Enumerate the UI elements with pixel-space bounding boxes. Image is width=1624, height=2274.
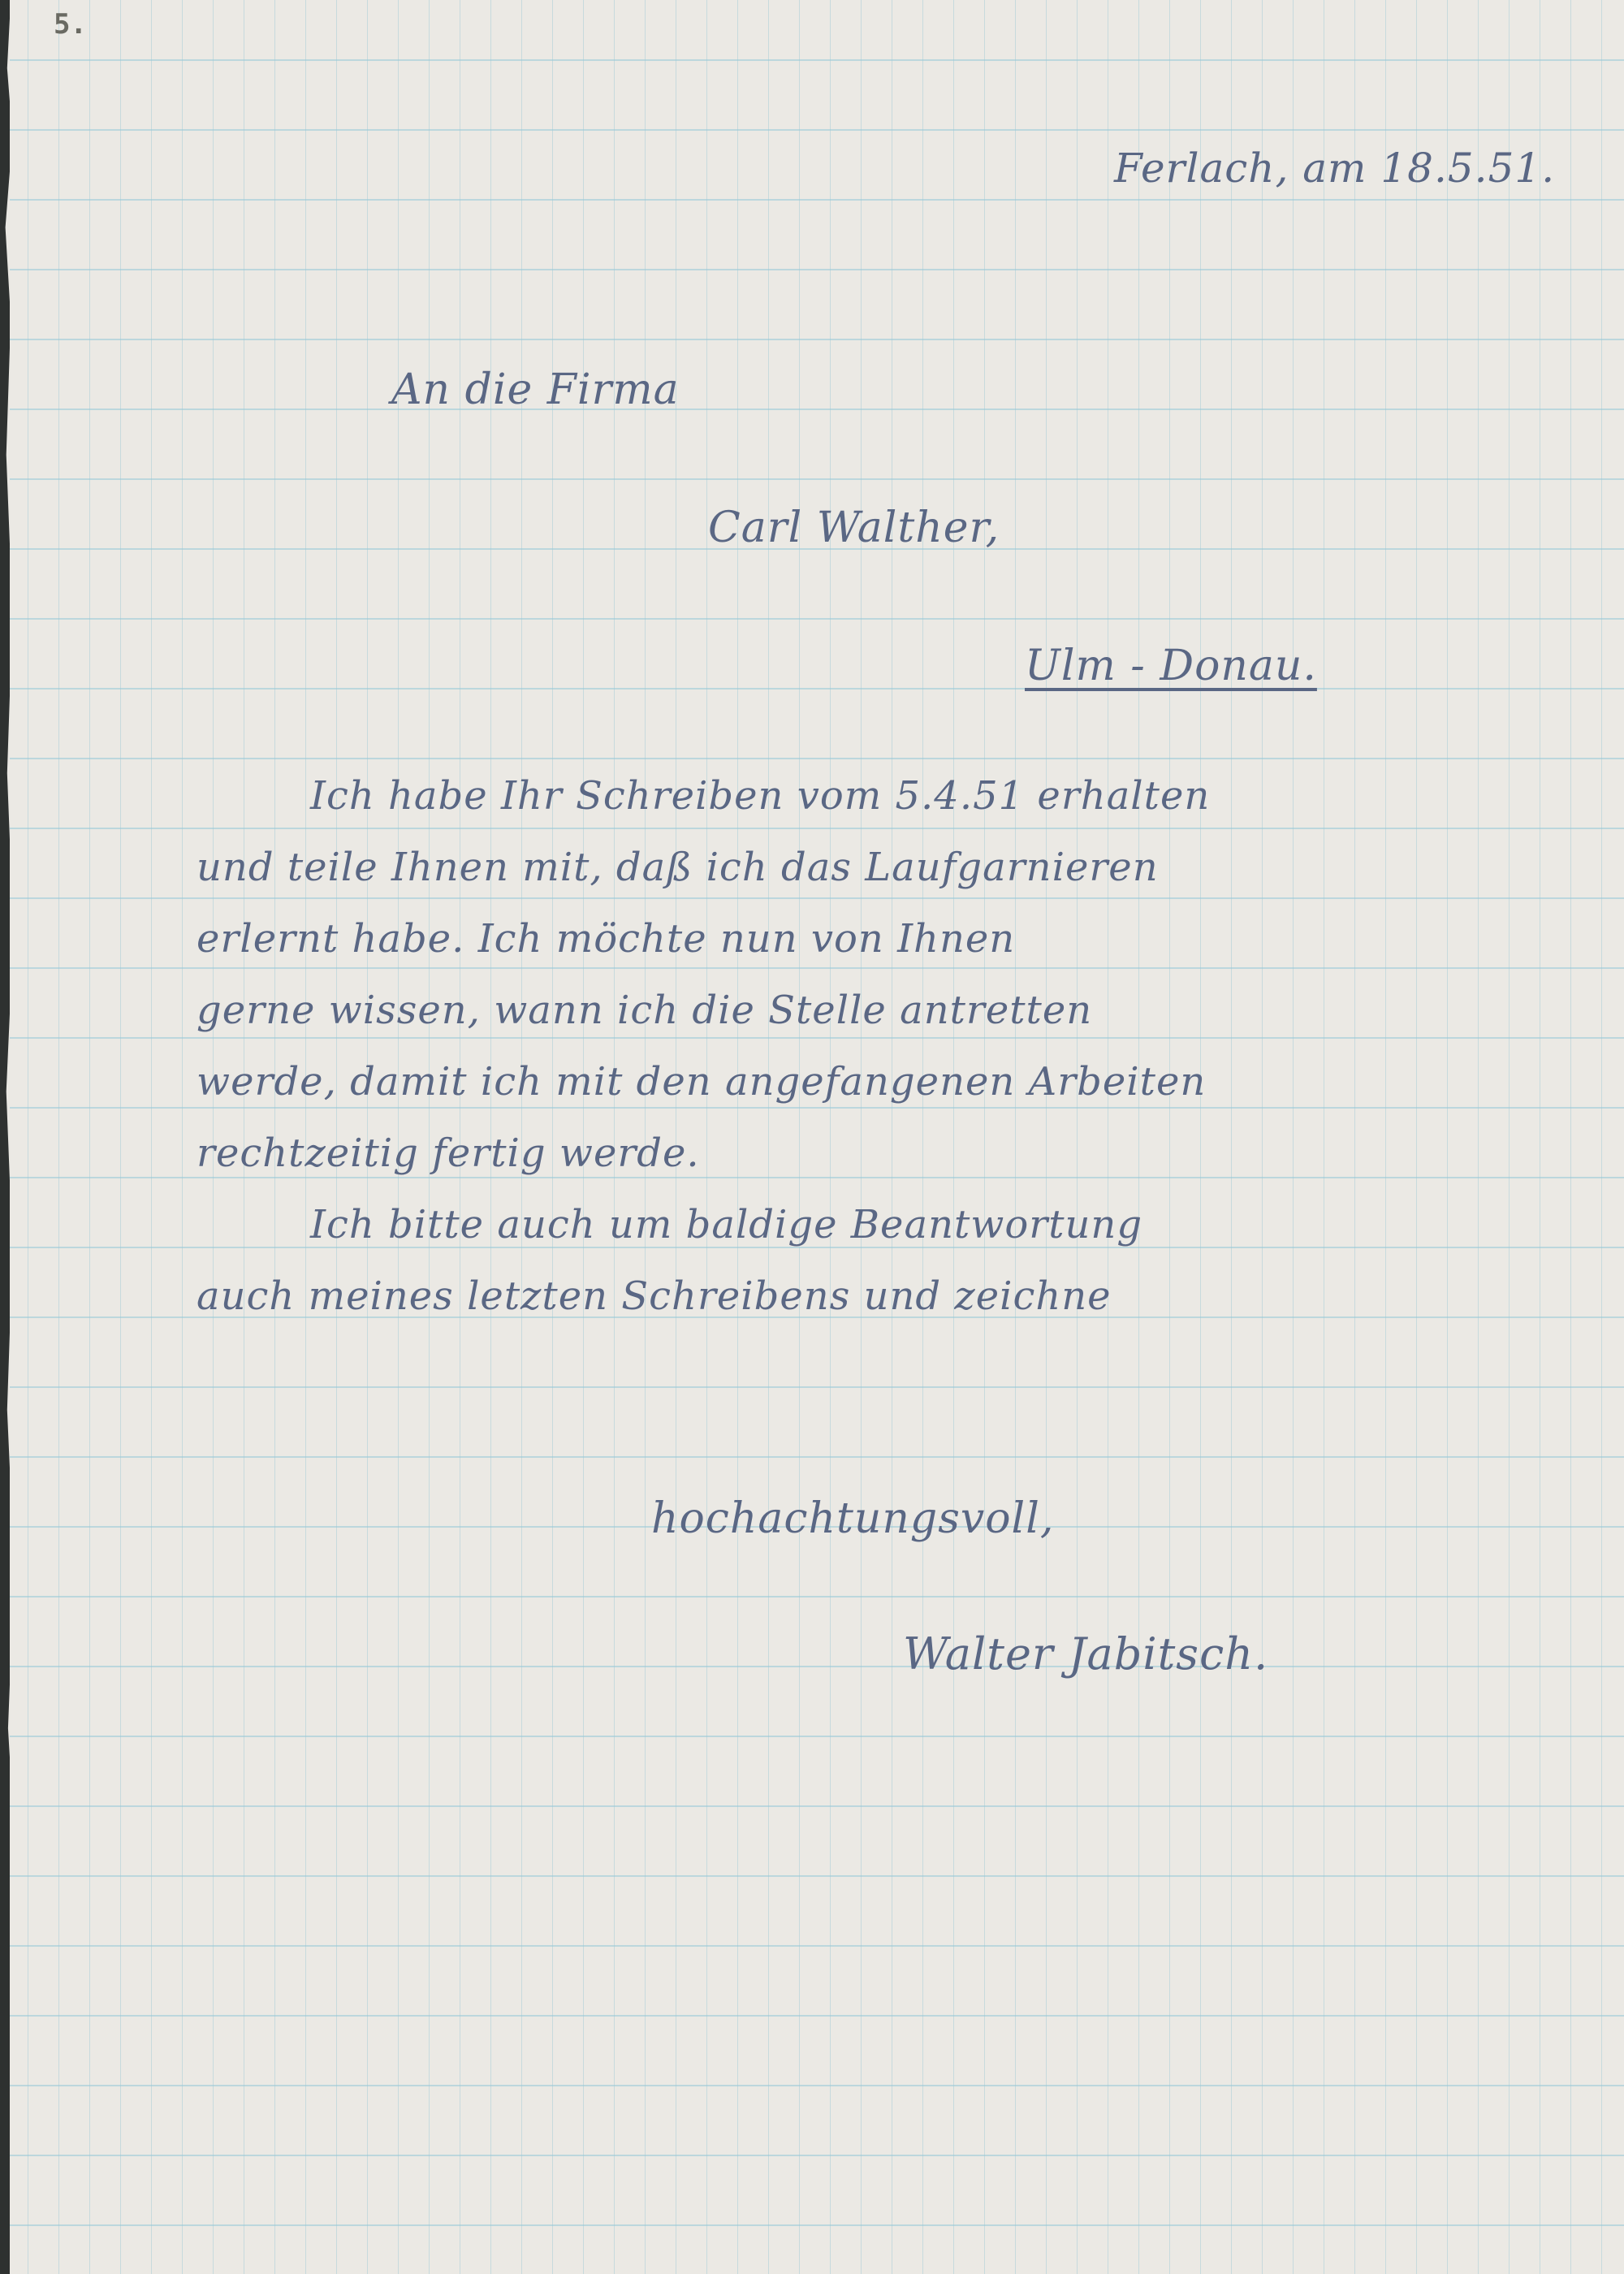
body-line: gerne wissen, wann ich die Stelle antret… (197, 988, 1092, 1033)
closing-salutation: hochachtungsvoll, (651, 1494, 1054, 1543)
body-line: Ich bitte auch um baldige Beantwortung (310, 1202, 1142, 1247)
recipient-company: Carl Walther, (708, 504, 1000, 552)
body-line: und teile Ihnen mit, daß ich das Laufgar… (197, 845, 1159, 890)
body-line: Ich habe Ihr Schreiben vom 5.4.51 erhalt… (310, 773, 1210, 819)
body-line: auch meines letzten Schreibens und zeich… (197, 1273, 1112, 1319)
signature: Walter Jabitsch. (903, 1628, 1268, 1680)
graph-paper-sheet: 5. Ferlach, am 18.5.51. An die Firma Car… (10, 0, 1624, 2274)
body-line: werde, damit ich mit den angefangenen Ar… (197, 1059, 1206, 1105)
body-line: erlernt habe. Ich möchte nun von Ihnen (197, 916, 1015, 962)
page-number: 5. (54, 8, 87, 41)
place-and-date: Ferlach, am 18.5.51. (1114, 145, 1555, 192)
body-line: rechtzeitig fertig werde. (197, 1131, 700, 1176)
recipient-city: Ulm - Donau. (1025, 642, 1317, 690)
recipient-line-1: An die Firma (391, 365, 680, 414)
